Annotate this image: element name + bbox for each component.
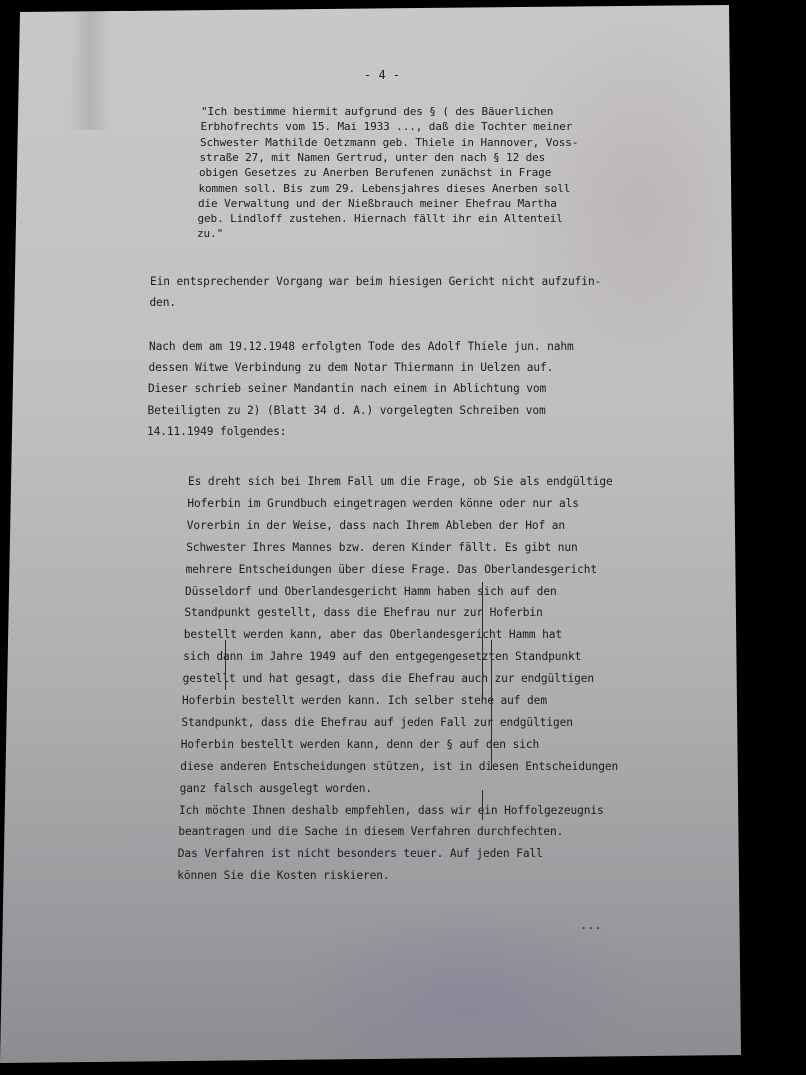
text-line: mehrere Entscheidungen über diese Frage.… — [186, 564, 597, 575]
text-line: können Sie die Kosten riskieren. — [177, 870, 389, 881]
text-line: Hoferbin bestellt werden kann. Ich selbe… — [182, 695, 547, 706]
text-line: dessen Witwe Verbindung zu dem Notar Thi… — [149, 362, 554, 373]
text-line: Erbhofrechts vom 15. Mai 1933 ..., daß d… — [201, 121, 573, 132]
text-line: diese anderen Entscheidungen stützen, is… — [180, 761, 618, 772]
text-line: Düsseldorf und Oberlandesgericht Hamm ha… — [185, 586, 557, 597]
text-line: Hoferbin im Grundbuch eingetragen werden… — [187, 498, 579, 509]
text-line: bestellt werden kann, aber das Oberlande… — [184, 629, 562, 640]
text-line: ganz falsch ausgelegt worden. — [180, 783, 372, 794]
text-line: Dieser schrieb seiner Mandantin nach ein… — [148, 383, 546, 394]
text-line: Ein entsprechender Vorgang war beim hies… — [150, 276, 601, 287]
text-line: Standpunkt gestellt, dass die Ehefrau nu… — [184, 607, 542, 618]
text-line: Beteiligten zu 2) (Blatt 34 d. A.) vorge… — [148, 405, 546, 416]
text-line: Hoferbin bestellt werden kann, denn der … — [181, 739, 539, 750]
text-line: Nach dem am 19.12.1948 erfolgten Tode de… — [149, 341, 574, 352]
text-line: beantragen und die Sache in diesem Verfa… — [178, 826, 563, 837]
text-line: Schwester Ihres Mannes bzw. deren Kinder… — [186, 542, 578, 553]
text-line: die Verwaltung und der Nießbrauch meiner… — [198, 198, 557, 209]
copy-artifact-line — [482, 790, 483, 820]
text-line: geb. Lindloff zustehen. Hiernach fällt i… — [198, 213, 563, 224]
text-line: sich dann im Jahre 1949 auf den entgegen… — [183, 651, 581, 662]
document-page: - 4 - "Ich bestimme hiermit aufgrund des… — [0, 0, 806, 1075]
continuation-mark: ... — [580, 918, 602, 932]
page-number: - 4 - — [364, 68, 400, 82]
text-line: den. — [150, 297, 177, 308]
text-line: Es dreht sich bei Ihrem Fall um die Frag… — [188, 476, 613, 487]
text-line: Das Verfahren ist nicht besonders teuer.… — [178, 848, 543, 859]
text-line: kommen soll. Bis zum 29. Lebensjahres di… — [199, 183, 571, 194]
text-line: 14.11.1949 folgendes: — [147, 426, 286, 437]
copy-artifact-line — [482, 582, 483, 702]
text-line: obigen Gesetzes zu Anerben Berufenen zun… — [199, 167, 551, 178]
text-line: straße 27, mit Namen Gertrud, unter den … — [200, 152, 546, 163]
text-line: Vorerbin in der Weise, dass nach Ihrem A… — [187, 520, 565, 531]
text-line: zu." — [197, 228, 223, 239]
copy-artifact-line — [491, 640, 492, 770]
text-line: gestellt und hat gesagt, dass die Ehefra… — [183, 673, 594, 684]
copy-artifact-line — [225, 640, 226, 690]
text-line: Schwester Mathilde Oetzmann geb. Thiele … — [200, 137, 578, 148]
text-line: "Ich bestimme hiermit aufgrund des § ( d… — [201, 106, 553, 117]
text-line: Standpunkt, dass die Ehefrau auf jeden F… — [181, 717, 573, 728]
text-line: Ich möchte Ihnen deshalb empfehlen, dass… — [179, 805, 604, 816]
